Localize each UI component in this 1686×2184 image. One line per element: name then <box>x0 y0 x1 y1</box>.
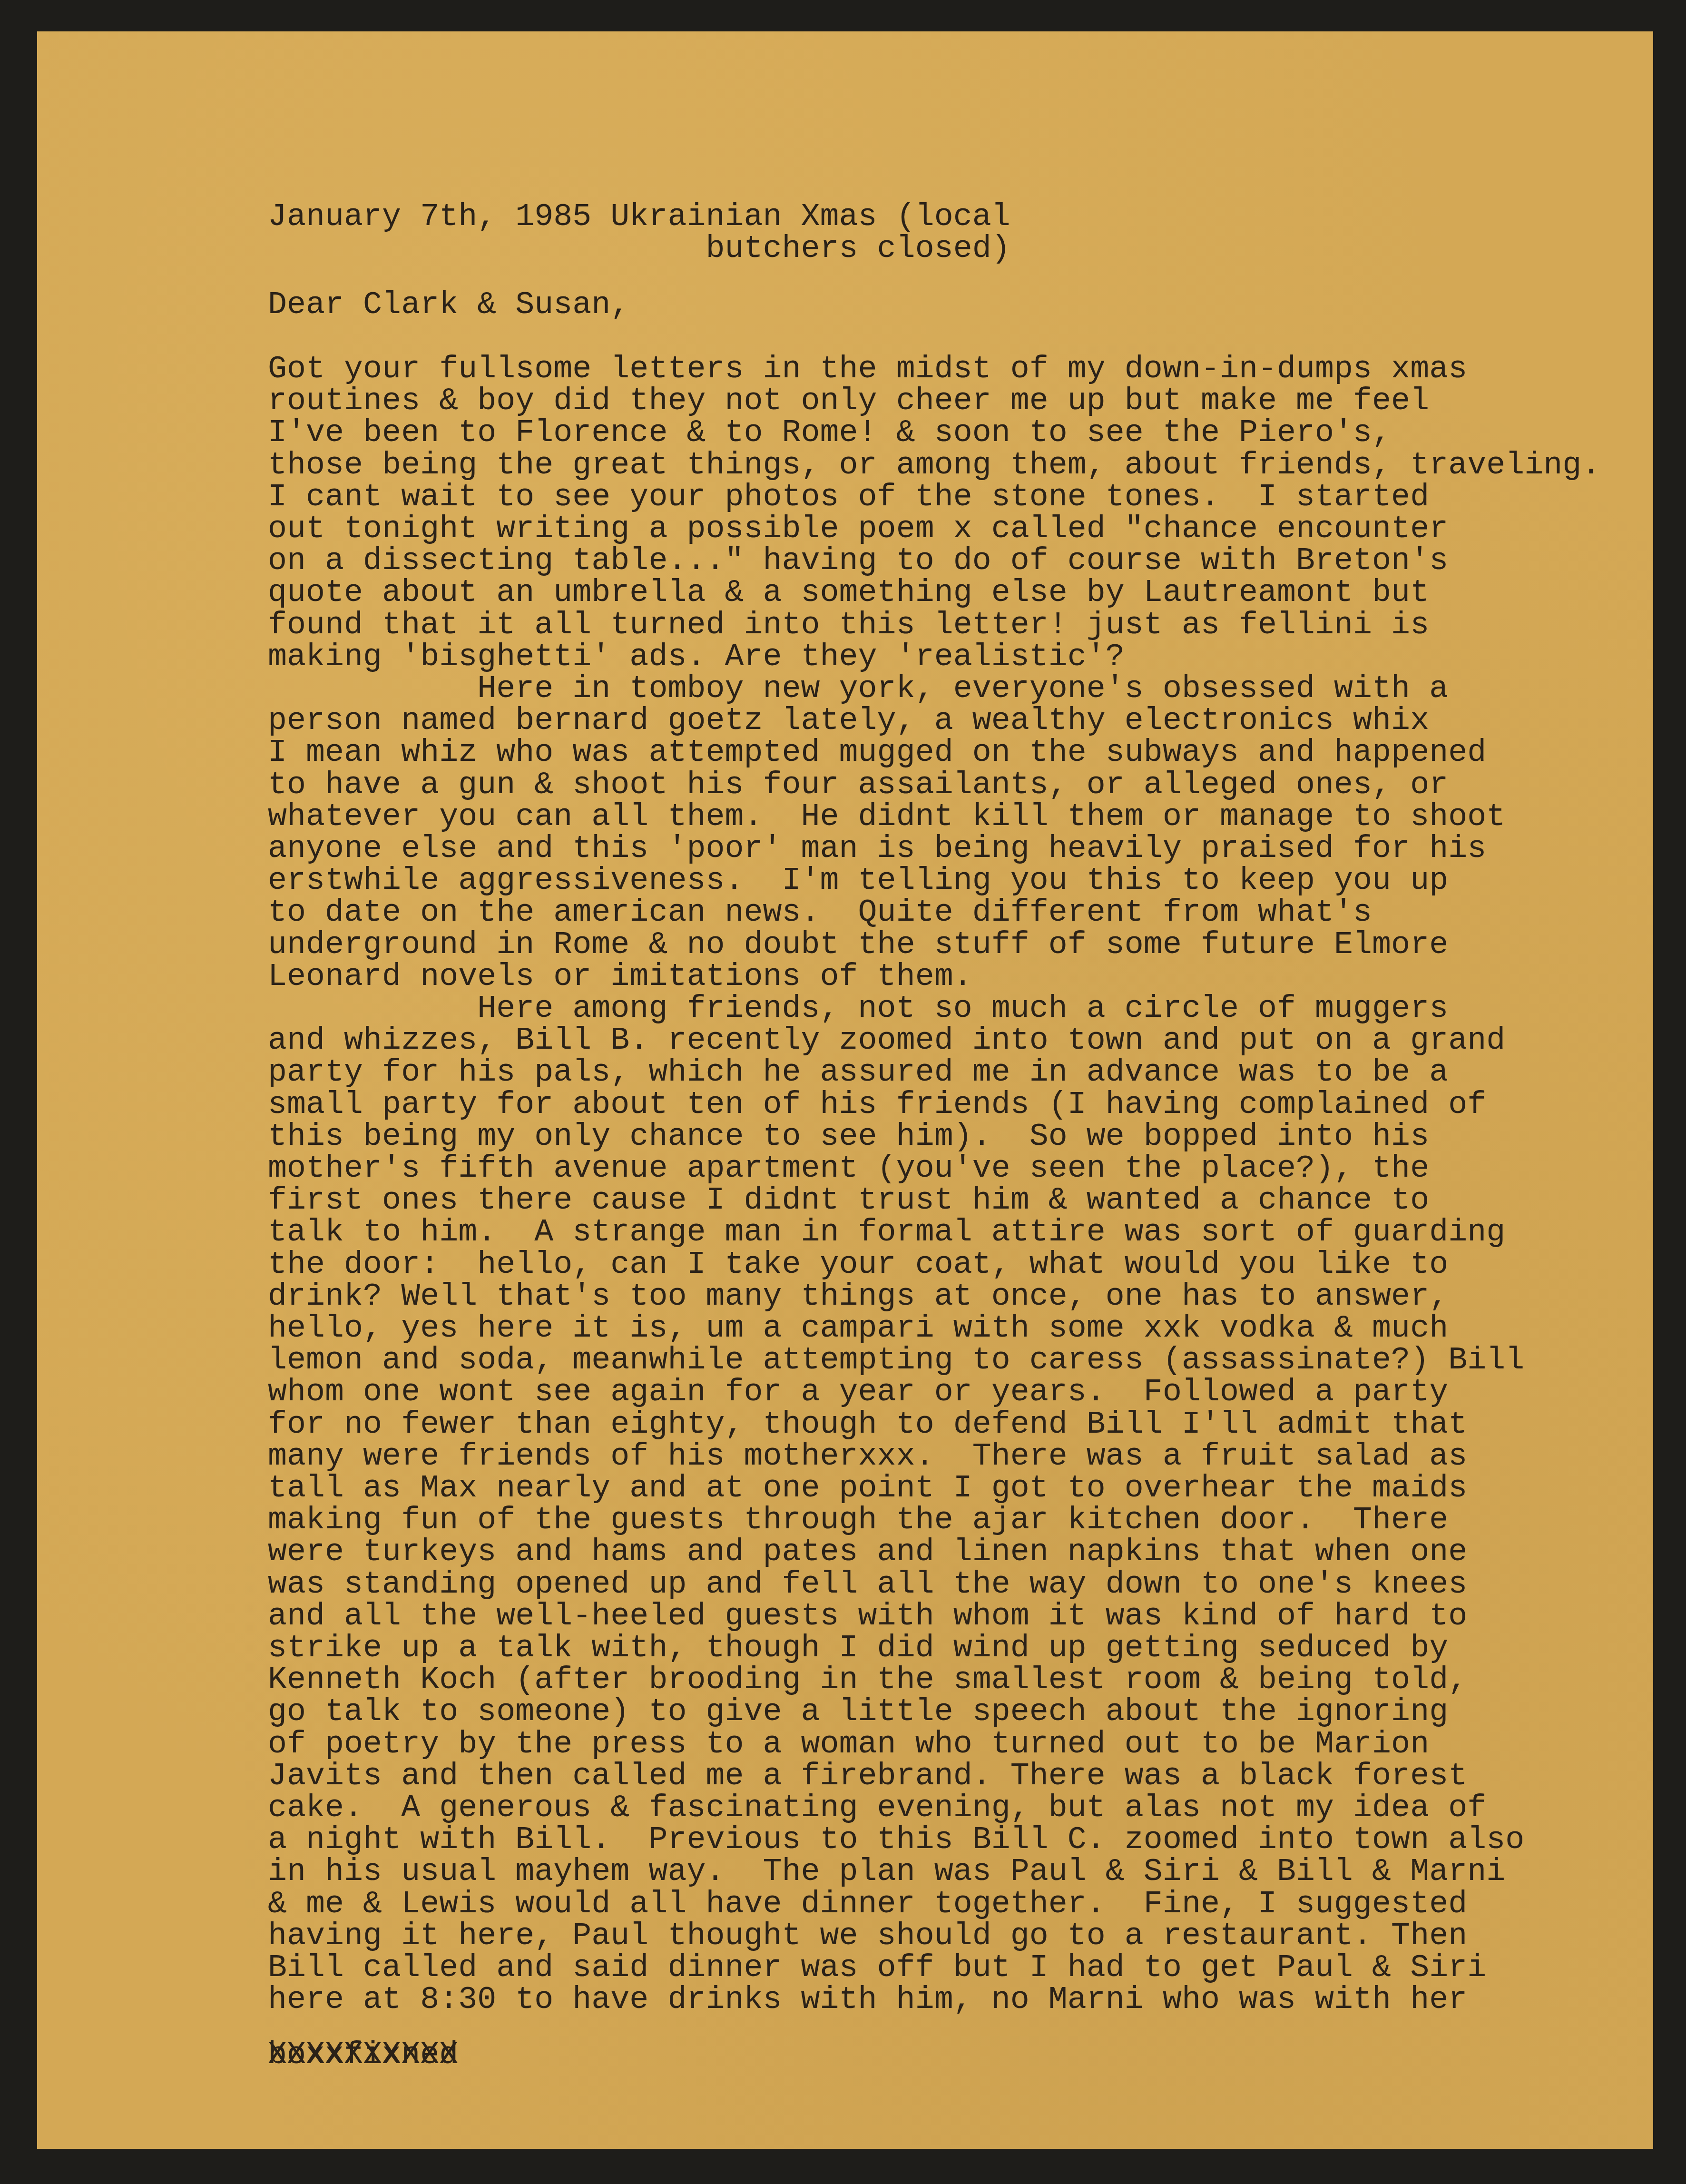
letter-line: for no fewer than eighty, though to defe… <box>268 1409 1467 1441</box>
letter-line: found that it all turned into this lette… <box>268 610 1429 641</box>
letter-line: anyone else and this 'poor' man is being… <box>268 833 1486 865</box>
letter-line: I've been to Florence & to Rome! & soon … <box>268 417 1391 449</box>
letter-line: of poetry by the press to a woman who tu… <box>268 1729 1429 1761</box>
letter-line: to have a gun & shoot his four assailant… <box>268 769 1448 801</box>
letter-line: Leonard novels or imitations of them. <box>268 961 972 993</box>
letter-line: & me & Lewis would all have dinner toget… <box>268 1889 1467 1920</box>
letter-line: were turkeys and hams and pates and line… <box>268 1536 1467 1568</box>
struck-x-overlay: XXXXXXXXXX <box>268 2039 458 2071</box>
letter-line: out tonight writing a possible poem x ca… <box>268 513 1448 545</box>
letter-line: go talk to someone) to give a little spe… <box>268 1696 1448 1728</box>
letter-line: in his usual mayhem way. The plan was Pa… <box>268 1856 1505 1888</box>
letter-line: underground in Rome & no doubt the stuff… <box>268 929 1448 961</box>
letter-line: making fun of the guests through the aja… <box>268 1505 1448 1536</box>
letter-line: Bill called and said dinner was off but … <box>268 1952 1486 1984</box>
letter-line: a night with Bill. Previous to this Bill… <box>268 1824 1524 1856</box>
letter-line: party for his pals, which he assured me … <box>268 1057 1448 1089</box>
letter-line: quote about an umbrella & a something el… <box>268 577 1429 609</box>
letter-line: talk to him. A strange man in formal att… <box>268 1217 1505 1249</box>
letter-line: Got your fullsome letters in the midst o… <box>268 354 1467 385</box>
letter-line: I mean whiz who was attempted mugged on … <box>268 737 1486 769</box>
letter-line: whom one wont see again for a year or ye… <box>268 1377 1448 1408</box>
letter-line: and whizzes, Bill B. recently zoomed int… <box>268 1025 1505 1057</box>
letter-line: Kenneth Koch (after brooding in the smal… <box>268 1664 1467 1696</box>
letter-line: routines & boy did they not only cheer m… <box>268 385 1429 417</box>
letter-line: I cant wait to see your photos of the st… <box>268 482 1429 513</box>
letter-line: having it here, Paul thought we should g… <box>268 1920 1467 1952</box>
letter-line: drink? Well that's too many things at on… <box>268 1281 1448 1313</box>
letter-line: whatever you can all them. He didnt kill… <box>268 801 1505 833</box>
letter-line: erstwhile aggressiveness. I'm telling yo… <box>268 865 1448 897</box>
letter-line: this being my only chance to see him). S… <box>268 1121 1429 1153</box>
letter-line: Here in tomboy new york, everyone's obse… <box>268 673 1448 705</box>
letter-line: on a dissecting table..." having to do o… <box>268 545 1448 577</box>
letter-line: was standing opened up and fell all the … <box>268 1569 1467 1601</box>
letter-line: hello, yes here it is, um a campari with… <box>268 1313 1448 1345</box>
letter-line: Javits and then called me a firebrand. T… <box>268 1761 1467 1792</box>
salutation: Dear Clark & Susan, <box>268 289 629 321</box>
letter-line: and all the well-heeled guests with whom… <box>268 1601 1467 1633</box>
letter-line: here at 8:30 to have drinks with him, no… <box>268 1984 1467 2016</box>
letter-line: small party for about ten of his friends… <box>268 1089 1486 1121</box>
letter-page: January 7th, 1985 Ukrainian Xmas (local … <box>37 31 1653 2149</box>
letter-line: many were friends of his motherxxx. Ther… <box>268 1441 1467 1473</box>
date-line: January 7th, 1985 Ukrainian Xmas (local <box>268 201 1010 233</box>
letter-line: making 'bisghetti' ads. Are they 'realis… <box>268 641 1125 673</box>
date-line-continued: butchers closed) <box>268 233 1010 265</box>
letter-line: first ones there cause I didnt trust him… <box>268 1185 1429 1217</box>
letter-line: cake. A generous & fascinating evening, … <box>268 1792 1486 1824</box>
letter-line: tall as Max nearly and at one point I go… <box>268 1473 1467 1505</box>
letter-line: person named bernard goetz lately, a wea… <box>268 705 1429 737</box>
letter-line: Here among friends, not so much a circle… <box>268 993 1448 1025</box>
letter-line: the door: hello, can I take your coat, w… <box>268 1249 1448 1281</box>
letter-line: those being the great things, or among t… <box>268 450 1600 482</box>
letter-line: to date on the american news. Quite diff… <box>268 897 1372 929</box>
letter-line: mother's fifth avenue apartment (you've … <box>268 1153 1429 1185</box>
letter-line: lemon and soda, meanwhile attempting to … <box>268 1345 1524 1377</box>
letter-line: strike up a talk with, though I did wind… <box>268 1633 1448 1664</box>
